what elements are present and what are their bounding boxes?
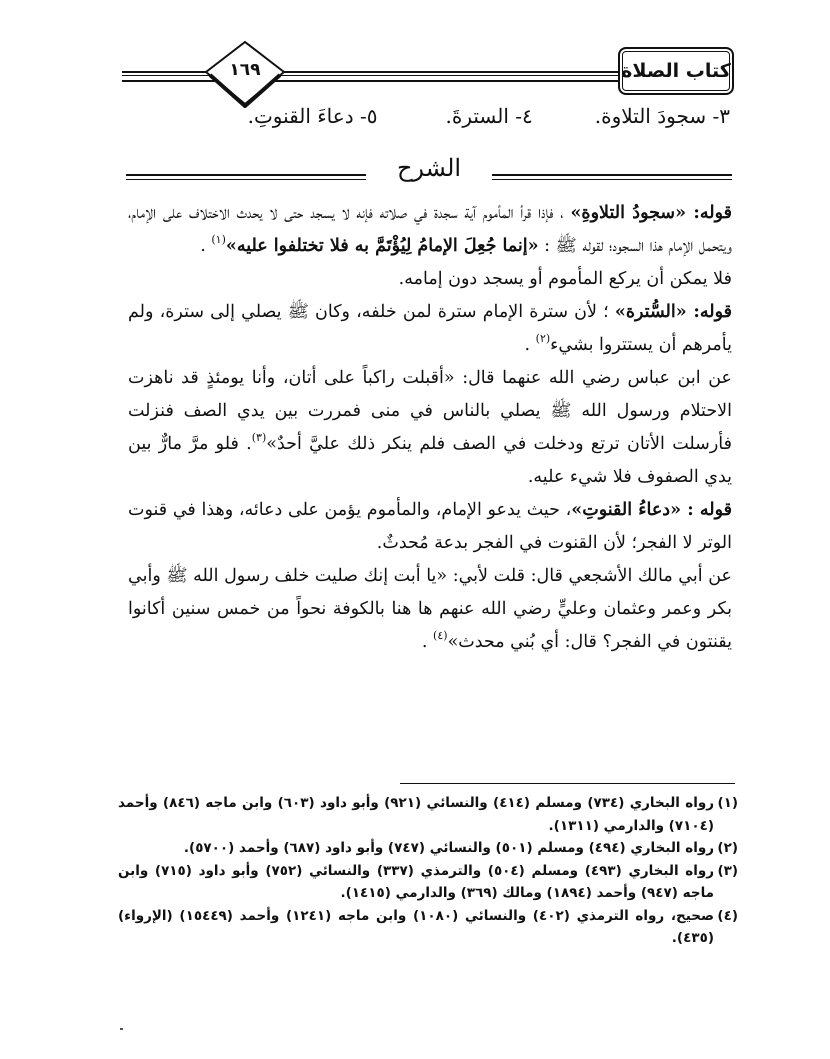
footnote-ref[interactable]: (١) [211, 233, 226, 246]
paragraph-lead: قوله : [681, 500, 732, 520]
scan-speck [120, 1028, 123, 1030]
book-page: كتاب الصلاة ١٦٩ ٣- سجودَ التلاوة. ٤- الس… [0, 0, 830, 1059]
paragraph-sutra: قوله: «السُّترة» ؛ لأن سترة الإمام سترة … [128, 296, 732, 362]
footnote-ref[interactable]: (٣) [252, 431, 267, 444]
page-number: ١٦٩ [204, 60, 286, 80]
footnote-text: رواه البخاري (٤٩٣) ومسلم (٥٠٤) والترمذي … [118, 863, 714, 902]
heading-rule-right [492, 174, 732, 180]
paragraph-follow: فلا يمكن أن يركع المأموم أو يسجد دون إما… [128, 263, 732, 296]
footnote-ref[interactable]: (٢) [536, 332, 551, 345]
list-item: ٤- السترةَ. [445, 104, 532, 128]
commentary-body: قوله: «سجودُ التلاوةِ» ، فإذا قرأ المأمو… [128, 197, 732, 659]
paragraph-end: . [525, 335, 536, 355]
footnote-marker: (٤) [714, 905, 738, 928]
header-rule [122, 71, 624, 82]
footnote-2: (٢)رواه البخاري (٤٩٤) ومسلم (٥٠١) والنسا… [118, 837, 738, 860]
footnote-4: (٤)صحيح، رواه الترمذي (٤٠٢) والنسائي (١٠… [118, 905, 738, 950]
footnote-ref[interactable]: (٤) [433, 629, 448, 642]
footnote-text: رواه البخاري (٤٩٤) ومسلم (٥٠١) والنسائي … [184, 840, 714, 856]
section-heading: الشرح [126, 154, 732, 194]
page-header: كتاب الصلاة ١٦٩ [122, 45, 734, 105]
footnote-3: (٣)رواه البخاري (٤٩٣) ومسلم (٥٠٤) والترم… [118, 860, 738, 905]
paragraph-lead: قوله: [686, 203, 732, 223]
hadith-quote: «إنما جُعِلَ الإمامُ لِيُؤْتَمَّ به فلا … [226, 236, 539, 256]
quoted-term: «سجودُ التلاوةِ» [570, 203, 686, 223]
paragraph-lead: قوله: [687, 302, 732, 322]
footnote-text: صحيح، رواه الترمذي (٤٠٢) والنسائي (١٠٨٠)… [118, 908, 714, 947]
paragraph-end: . [422, 632, 433, 652]
footnote-marker: (١) [714, 792, 738, 815]
list-item: ٣- سجودَ التلاوة. [595, 104, 730, 128]
items-list: ٣- سجودَ التلاوة. ٤- السترةَ. ٥- دعاءَ ا… [248, 104, 730, 128]
paragraph-abu-malik: عن أبي مالك الأشجعي قال: قلت لأبي: «يا أ… [128, 560, 732, 659]
footnote-marker: (٣) [714, 860, 738, 883]
quoted-term: «دعاءُ القنوتِ» [571, 500, 681, 520]
paragraph-end: . [200, 236, 211, 256]
list-item: ٥- دعاءَ القنوتِ. [248, 104, 378, 128]
footnote-text: رواه البخاري (٧٣٤) ومسلم (٤١٤) والنسائي … [118, 795, 714, 834]
paragraph-qunut: قوله : «دعاءُ القنوتِ»، حيث يدعو الإمام،… [128, 494, 732, 560]
quoted-term: «السُّترة» [615, 302, 687, 322]
footnote-separator [400, 783, 735, 784]
footnote-1: (١)رواه البخاري (٧٣٤) ومسلم (٤١٤) والنسا… [118, 792, 738, 837]
page-number-diamond: ١٦٩ [204, 40, 286, 108]
footnotes: (١)رواه البخاري (٧٣٤) ومسلم (٤١٤) والنسا… [118, 792, 738, 950]
paragraph-ibn-abbas: عن ابن عباس رضي الله عنهما قال: «أقبلت ر… [128, 362, 732, 494]
chapter-title: كتاب الصلاة [621, 60, 731, 82]
footnote-marker: (٢) [714, 837, 738, 860]
paragraph-sujud-tilawa: قوله: «سجودُ التلاوةِ» ، فإذا قرأ المأمو… [128, 197, 732, 263]
chapter-title-box: كتاب الصلاة [618, 47, 734, 95]
